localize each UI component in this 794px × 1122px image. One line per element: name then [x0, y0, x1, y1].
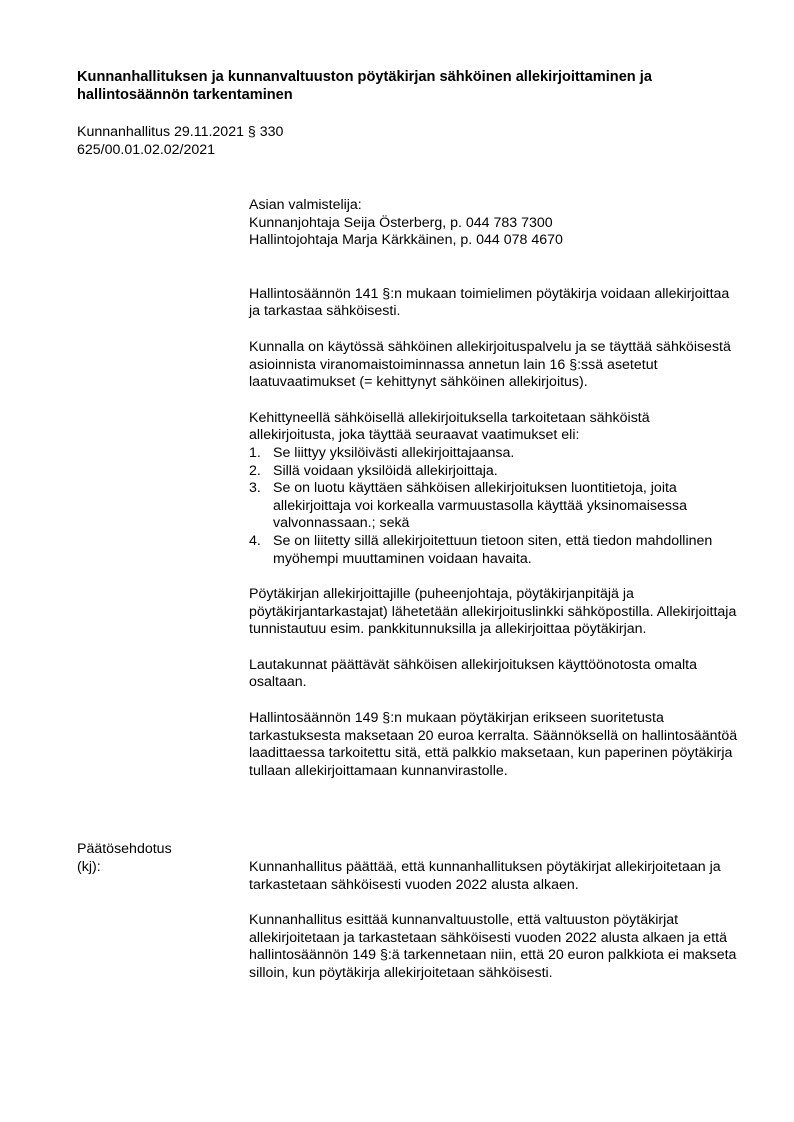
preparer-line: Kunnanjohtaja Seija Österberg, p. 044 78… [249, 215, 739, 233]
requirement-item: 1.Se liittyy yksilöivästi allekirjoittaj… [249, 445, 739, 463]
requirement-item: 2.Sillä voidaan yksilöidä allekirjoittaj… [249, 463, 739, 481]
record-id: 625/00.01.02.02/2021 [77, 141, 283, 159]
list-number: 4. [249, 533, 261, 551]
paragraph-signers: Pöytäkirjan allekirjoittajille (puheenjo… [249, 586, 739, 639]
proposal-paragraph: Kunnanhallitus päättää, että kunnanhalli… [249, 859, 739, 894]
paragraph-signature-service: Kunnalla on käytössä sähköinen allekirjo… [249, 339, 739, 392]
proposal-label-line: Päätösehdotus [77, 841, 172, 859]
paragraph-141: Hallintosäännön 141 §:n mukaan toimielim… [249, 286, 739, 321]
requirement-item: 4.Se on liitetty sillä allekirjoitettuun… [249, 533, 739, 568]
preparer-line: Hallintojohtaja Marja Kärkkäinen, p. 044… [249, 232, 739, 250]
list-number: 1. [249, 445, 261, 463]
paragraph-149: Hallintosäännön 149 §:n mukaan pöytäkirj… [249, 710, 739, 780]
proposal-label-line: (kj): [77, 859, 172, 877]
meeting-meta: Kunnanhallitus 29.11.2021 § 330 625/00.0… [77, 123, 283, 159]
list-number: 2. [249, 463, 261, 481]
requirement-text: Se liittyy yksilöivästi allekirjoittajaa… [273, 445, 514, 461]
preparation-section: Asian valmistelija: Kunnanjohtaja Seija … [249, 197, 739, 780]
requirement-text: Se on liitetty sillä allekirjoitettuun t… [273, 533, 712, 567]
proposal-label: Päätösehdotus (kj): [77, 841, 172, 876]
document-title: Kunnanhallituksen ja kunnanvaltuuston pö… [77, 68, 737, 104]
paragraph-advanced-signature: Kehittyneellä sähköisellä allekirjoituks… [249, 410, 739, 445]
paragraph-committees: Lautakunnat päättävät sähköisen allekirj… [249, 657, 739, 692]
requirement-text: Sillä voidaan yksilöidä allekirjoittaja. [273, 463, 498, 479]
list-number: 3. [249, 480, 261, 498]
requirement-item: 3.Se on luotu käyttäen sähköisen allekir… [249, 480, 739, 533]
requirements-list: 1.Se liittyy yksilöivästi allekirjoittaj… [249, 445, 739, 568]
proposal-section: Kunnanhallitus päättää, että kunnanhalli… [249, 859, 739, 983]
proposal-paragraph: Kunnanhallitus esittää kunnanvaltuustoll… [249, 912, 739, 982]
requirement-text: Se on luotu käyttäen sähköisen allekirjo… [273, 480, 687, 531]
meeting-reference: Kunnanhallitus 29.11.2021 § 330 [77, 123, 283, 141]
preparers-label: Asian valmistelija: [249, 197, 739, 215]
